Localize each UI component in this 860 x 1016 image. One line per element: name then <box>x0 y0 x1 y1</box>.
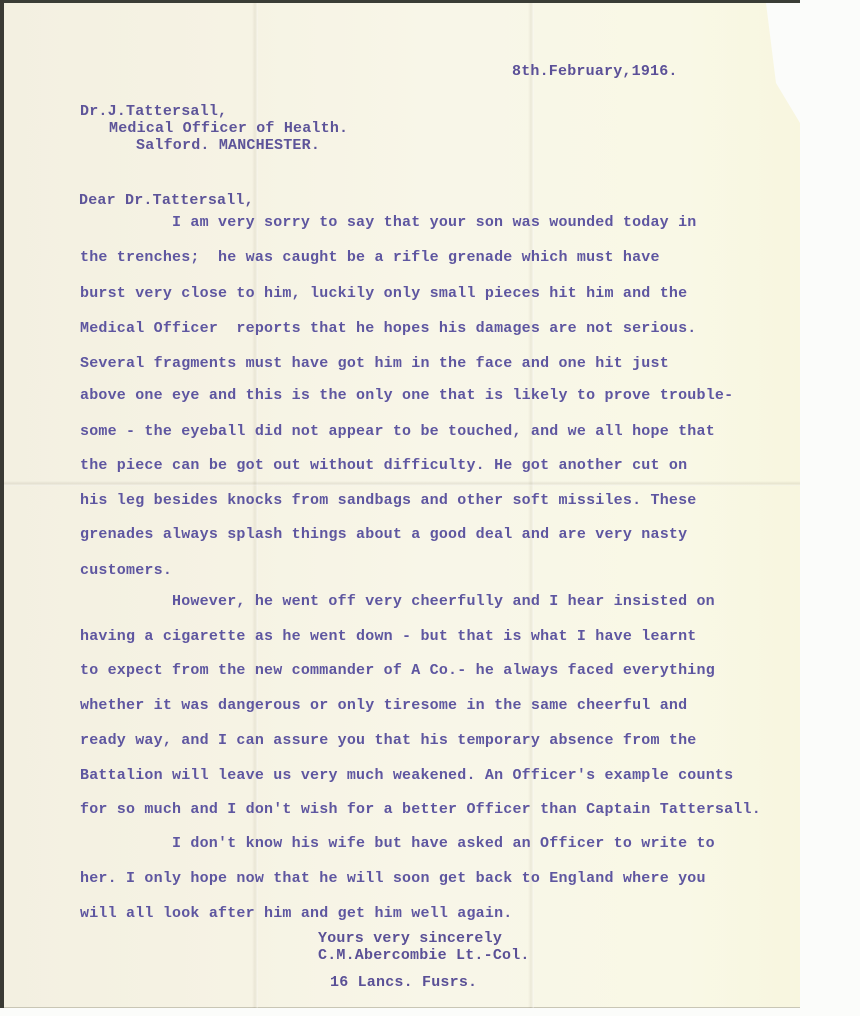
body-line: I am very sorry to say that your son was… <box>172 214 696 231</box>
body-line: Battalion will leave us very much weaken… <box>80 767 733 784</box>
body-line: whether it was dangerous or only tiresom… <box>80 697 687 714</box>
scan-top-edge <box>0 0 800 3</box>
body-line: burst very close to him, luckily only sm… <box>80 285 687 302</box>
recipient-name: Dr.J.Tattersall, <box>80 103 227 120</box>
body-line: some - the eyeball did not appear to be … <box>80 423 715 440</box>
body-line: I don't know his wife but have asked an … <box>172 835 715 852</box>
recipient-location: Salford. MANCHESTER. <box>136 137 320 154</box>
signatory: C.M.Abercombie Lt.-Col. <box>318 947 530 964</box>
body-line: his leg besides knocks from sandbags and… <box>80 492 697 509</box>
scan-left-edge <box>0 0 4 1008</box>
unit-name: 16 Lancs. Fusrs. <box>330 974 477 991</box>
body-line: However, he went off very cheerfully and… <box>172 593 715 610</box>
body-line: to expect from the new commander of A Co… <box>80 662 715 679</box>
body-line: Several fragments must have got him in t… <box>80 355 669 372</box>
salutation: Dear Dr.Tattersall, <box>79 192 254 209</box>
body-line: ready way, and I can assure you that his… <box>80 732 697 749</box>
valediction: Yours very sincerely <box>318 930 502 947</box>
body-line: will all look after him and get him well… <box>80 905 512 922</box>
body-line: the piece can be got out without difficu… <box>80 457 687 474</box>
body-line: having a cigarette as he went down - but… <box>80 628 697 645</box>
body-line: the trenches; he was caught be a rifle g… <box>80 249 660 266</box>
body-line: above one eye and this is the only one t… <box>80 387 733 404</box>
scanned-letter: 8th.February,1916. Dr.J.Tattersall, Medi… <box>0 0 860 1016</box>
letter-date: 8th.February,1916. <box>512 63 678 80</box>
body-line: her. I only hope now that he will soon g… <box>80 870 706 887</box>
body-line: grenades always splash things about a go… <box>80 526 687 543</box>
recipient-title: Medical Officer of Health. <box>109 120 348 137</box>
paper-fold-horizontal <box>4 481 800 486</box>
body-line: for so much and I don't wish for a bette… <box>80 801 761 818</box>
body-line: Medical Officer reports that he hopes hi… <box>80 320 697 337</box>
body-line: customers. <box>80 562 172 579</box>
